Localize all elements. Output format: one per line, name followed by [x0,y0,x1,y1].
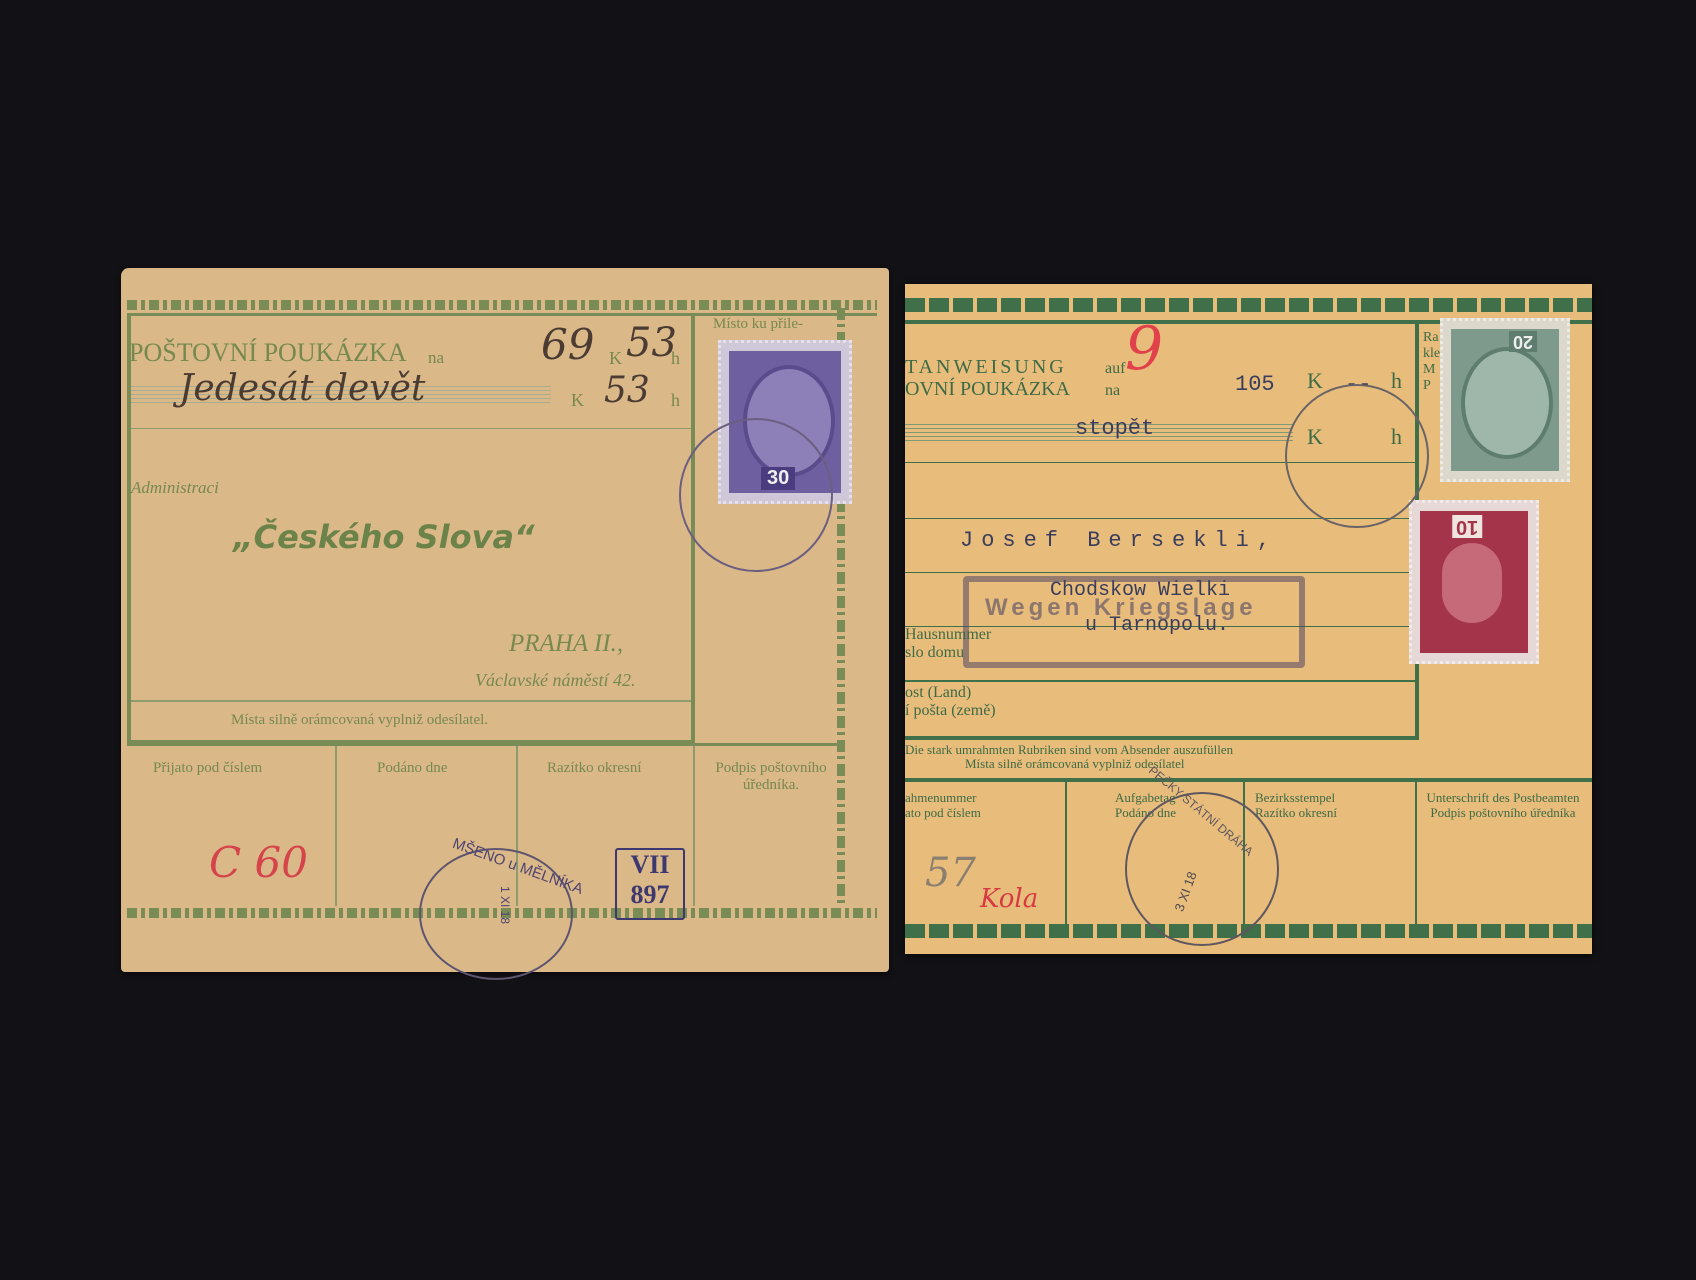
footer-col-received: ahmenummer ato pod číslem [905,790,981,820]
stamp-denomination-10: 10 [1452,515,1482,538]
title-de-suffix: auf [1105,360,1125,378]
recipient-street: Václavské náměstí 42. [475,670,635,691]
cachet-text: Wegen Kriegslage [985,594,1257,622]
divider [131,700,691,702]
red-annotation: 9 [1125,314,1163,384]
footer-col-signature-cz: Podpis poštovního úředníka [1423,805,1583,820]
recipient-name: „Českého Slova“ [233,518,535,556]
district-box: VII 897 [615,848,685,920]
amount-words-handwritten: Jedesát devět [179,368,425,409]
recipient-name-typed: Josef Bersekli, [960,528,1278,553]
sender-note: Místa silně orámcovaná vyplniž odesílate… [231,712,488,729]
footer-col-stamp: Razítko okresní [547,760,642,777]
currency-h: h [671,348,680,369]
house-number-cz: slo domu [905,644,991,662]
postal-money-order-bilingual: TANWEISUNG auf OVNÍ POUKÁZKA na 9 105 K … [905,284,1592,954]
footer-line [905,778,1592,782]
postal-money-order-czech: POŠTOVNÍ POUKÁZKA na 69 K 53 h Jedesát d… [121,268,889,972]
footer-col-signature: Unterschrift des Postbeamten Podpis pošt… [1423,790,1583,820]
receipt-handwritten: 57 [925,850,976,896]
postmark-date: 1 XI 18 [498,886,512,924]
footer-col-stamp-de: Bezirksstempel [1255,790,1337,805]
footer-col-signature: Podpis poštovního úředníka. [701,760,841,794]
footer-line [127,743,845,746]
form-title-cz: OVNÍ POUKÁZKA [905,378,1070,401]
district-box-line2: 897 [617,880,683,910]
post-land-cz: í pošta (země) [905,702,996,720]
house-number-label: Hausnummer slo domu [905,626,991,662]
side-label-3: M [1423,362,1440,378]
ornamental-border-top [127,300,877,310]
receipt-red-annotation: Kola [980,884,1038,914]
stamp-area-label: Místo ku přile- [713,316,803,333]
recipient-label: Administraci [131,478,219,498]
currency-h-2: h [671,390,680,411]
title-suffix: na [428,348,444,368]
footer-col-received: Přijato pod číslem [153,760,262,777]
side-label-1: Ra [1423,330,1440,346]
footer-col-date: Podáno dne [377,760,447,777]
checkered-border-top [905,298,1592,312]
footer-col-stamp-cz: Razítko okresní [1255,805,1337,820]
amount-hellers-handwritten: 53 [626,320,677,366]
receipt-handwritten: C 60 [209,838,308,887]
recipient-city: PRAHA II., [509,630,623,658]
footer-col-signature-de: Unterschrift des Postbeamten [1423,790,1583,805]
side-label-4: P [1423,378,1440,394]
postmark-cancel-icon [1285,384,1429,528]
stamp-area-label: Ra kle M P [1423,330,1440,394]
postmark-cancel-icon [679,418,833,572]
divider [131,428,691,429]
postage-stamp-10: 10 [1409,500,1539,664]
currency-k: K [1307,368,1323,394]
post-land-de: ost (Land) [905,684,996,702]
currency-k-2: K [571,390,584,411]
district-box-line1: VII [617,850,683,880]
title-cz-suffix: na [1105,382,1120,400]
footer-col-received-cz: ato pod číslem [905,805,981,820]
form-title-de: TANWEISUNG [905,356,1067,379]
amount-typed: 105 [1235,372,1275,397]
currency-h: h [1391,368,1402,394]
currency-k: K [609,348,622,369]
amount-words-typed: stopět [1075,416,1154,441]
side-label-2: kle [1423,346,1440,362]
postage-stamp-20: 20 [1440,318,1570,482]
stamp-denomination-20: 20 [1509,331,1537,352]
footer-col-received-de: ahmenummer [905,790,981,805]
post-land-label: ost (Land) í pošta (země) [905,684,996,720]
form-title: POŠTOVNÍ POUKÁZKA [129,338,407,368]
footer-col-stamp: Bezirksstempel Razítko okresní [1255,790,1337,820]
house-number-de: Hausnummer [905,626,991,644]
cachet-box [963,576,1305,668]
amount-words-hellers: 53 [604,370,650,411]
amount-crowns-handwritten: 69 [541,320,594,369]
